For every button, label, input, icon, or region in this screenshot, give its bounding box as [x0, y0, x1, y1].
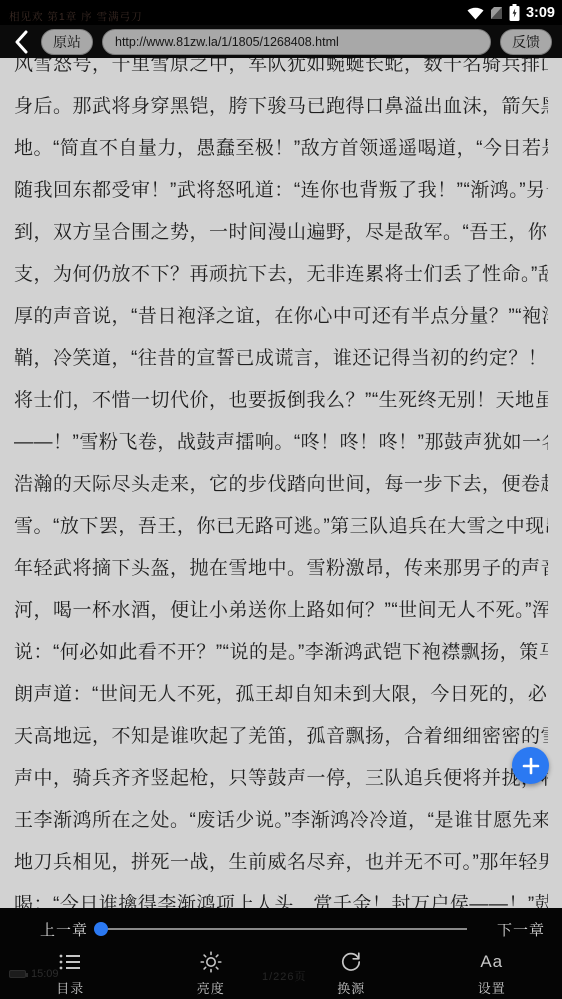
reader-line: 地刀兵相见，拼死一战，生前威名尽弃，也并无不可。”那年轻男子声音陡然怒	[14, 842, 548, 884]
toolbar-item-change-source[interactable]: 换源	[281, 948, 422, 999]
toolbar-label: 亮度	[197, 978, 225, 997]
reader-line: 说：“何必如此看不开？”“说的是。”李渐鸿武铠下袍襟飘扬，策马伫立于风雪之中，	[14, 632, 548, 674]
reader-line: 年轻武将摘下头盔，抛在雪地中。雪粉激昂，传来那男子的声音。“交出你手中镇山	[14, 548, 548, 590]
url-input[interactable]	[102, 29, 491, 55]
catalog-list-icon	[59, 951, 81, 973]
font-aa-icon: Aa	[480, 951, 503, 973]
prev-chapter-button[interactable]: 上一章	[40, 919, 88, 940]
plus-icon	[521, 756, 541, 776]
slider-thumb[interactable]	[94, 922, 108, 936]
reader-line: 身后。那武将身穿黑铠，胯下骏马已跑得口鼻溢出血沫，箭矢黑压压地射来，密布雪	[14, 86, 548, 128]
reader-line: 浩瀚的天际尽头走来，它的步伐踏向世间，每一步下去，便卷起遮天蔽日的狂风与暴	[14, 464, 548, 506]
chapter-header-dimmed: 相见欢 第1章 序 雪满弓刀	[9, 9, 143, 24]
toolbar-item-brightness[interactable]: 亮度	[141, 948, 282, 999]
add-fab-button[interactable]	[512, 747, 549, 784]
bottom-menu: 15:09 1/226页 上一章 下一章	[0, 908, 562, 999]
reader-line: 声中，骑兵齐齐竖起枪，只等鼓声一停，三队追兵便将并拢，将数千把弓箭投向北良	[14, 758, 548, 800]
clock-time: 3:09	[526, 5, 555, 21]
reader-line: 天高地远，不知是谁吹起了羌笛，孤音飘扬，合着细细密密的雪粉，洒向大地。战鼓	[14, 716, 548, 758]
back-arrow-icon	[14, 30, 28, 54]
reader-line: 到，双方呈合围之势，一时间漫山遍野，尽是敌军。“吾王，你已众叛亲离，独力难	[14, 212, 548, 254]
status-bar: 相见欢 第1章 序 雪满弓刀	[0, 0, 562, 25]
reader-line: 朗声道：“世间无人不死，孤王却自知未到大限，今日死的，必不是我！！”玉璧关下	[14, 674, 548, 716]
battery-charging-icon	[509, 4, 520, 21]
brightness-sun-icon	[200, 951, 222, 973]
toolbar-item-settings[interactable]: Aa 设置	[422, 948, 562, 999]
reader-line: 雪。“放下罢，吾王，你已无路可逃。”第三队追兵在大雪之中现出身形，一名英俊的	[14, 506, 548, 548]
sim-icon	[490, 6, 503, 20]
toolbar-label: 目录	[56, 978, 84, 997]
refresh-icon	[340, 951, 362, 973]
reader-line: 随我回东都受审！”武将怒吼道：“连你也背叛了我！”“渐鸿。”另一队千人军从侧旁杀	[14, 170, 548, 212]
browser-nav-bar: 原站 反馈	[0, 25, 562, 58]
wifi-icon	[467, 6, 484, 20]
reader-toolbar: 目录 亮度	[0, 948, 562, 999]
toolbar-label: 换源	[337, 978, 365, 997]
chapter-progress-slider[interactable]	[94, 921, 467, 937]
toolbar-label: 设置	[478, 978, 506, 997]
reader-line: 地。“简直不自量力，愚蠢至极！”敌方首领遥遥喝道，“今日若是识相，便束手就擒，	[14, 128, 548, 170]
slider-track	[102, 928, 467, 930]
reader-line: 鞘，冷笑道，“往昔的宣誓已成谎言，谁还记得当初的约定？！哪怕是牺牲今日在场的	[14, 338, 548, 380]
reader-content[interactable]: 风雪怒号，千里雪原之中，军队犹如蜿蜒长蛇，数千名骑兵排山倒海，追在一名武将 身后…	[0, 44, 562, 926]
origin-site-button[interactable]: 原站	[41, 29, 93, 55]
reader-line: 厚的声音说，“昔日袍泽之谊，在你心中可还有半点分量？”“袍泽之谊？”武将一剑归	[14, 296, 548, 338]
reader-line: 河，喝一杯水酒，便让小弟送你上路如何？”“世间无人不死。”浑厚的男子声音	[14, 590, 548, 632]
reader-line: 支，为何仍放不下？再顽抗下去，无非连累将士们丢了性命。”敌军增援阵中，一个浑	[14, 254, 548, 296]
back-button[interactable]	[10, 29, 32, 55]
top-bar: 相见欢 第1章 序 雪满弓刀	[0, 0, 562, 58]
feedback-button[interactable]: 反馈	[500, 29, 552, 55]
next-chapter-button[interactable]: 下一章	[497, 919, 545, 940]
screen: 风雪怒号，千里雪原之中，军队犹如蜿蜒长蛇，数千名骑兵排山倒海，追在一名武将 身后…	[0, 0, 562, 999]
reader-line: 王李渐鸿所在之处。“废话少说。”李渐鸿冷冷道，“是谁甘愿先来领死？”“若你想在此	[14, 800, 548, 842]
reader-line: 将士们，不惜一切代价，也要扳倒我么？”“生死终无别！天地虽大，却再容不下你了	[14, 380, 548, 422]
chapter-nav-row: 上一章 下一章	[0, 908, 562, 944]
reader-line: ——！”雪粉飞卷，战鼓声擂响。“咚！咚！咚！”那鼓声犹如一名神祇般的巨人，它从	[14, 422, 548, 464]
toolbar-item-catalog[interactable]: 目录	[0, 948, 141, 999]
